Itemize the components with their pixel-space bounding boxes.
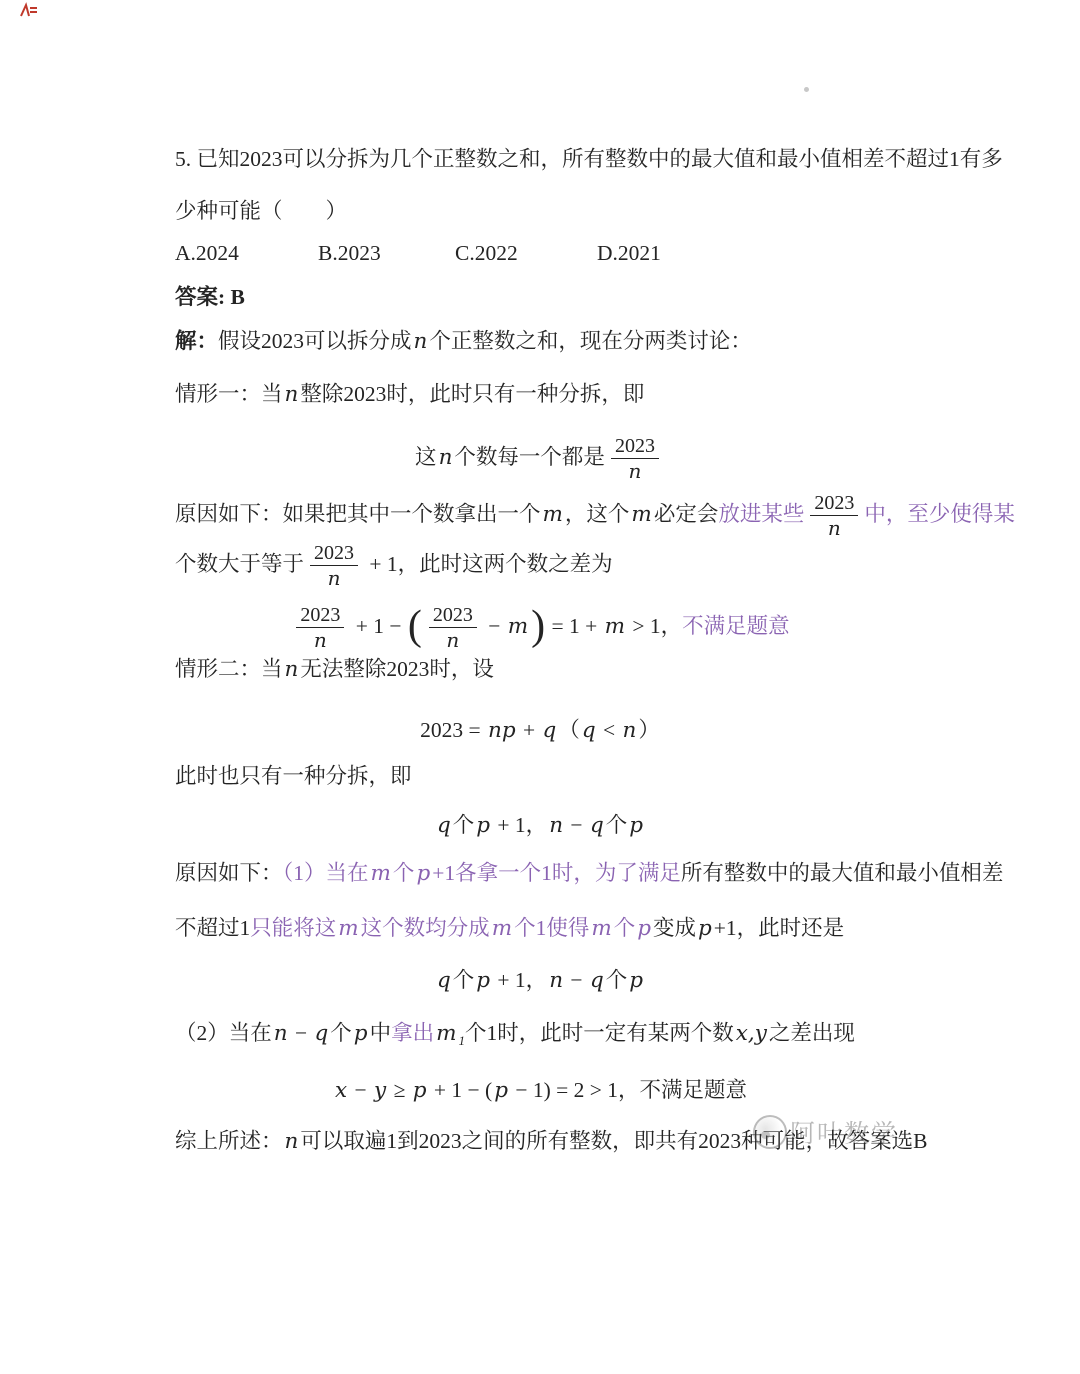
text-segment: − bbox=[349, 1078, 372, 1102]
math-variable: p bbox=[635, 916, 653, 941]
text-segment: （ bbox=[558, 718, 580, 742]
text-segment: 个 bbox=[614, 916, 636, 940]
math-variable: p bbox=[696, 916, 714, 941]
math-variable: q bbox=[313, 1021, 331, 1046]
text-line: 此时也只有一种分拆，即 bbox=[175, 759, 905, 793]
text-segment: 假设2023可以拆分成 bbox=[218, 329, 412, 353]
text-segment: 无法整除2023时，设 bbox=[300, 657, 494, 681]
corner-stamp-icon bbox=[18, 2, 40, 20]
text-segment: 此时也只有一种分拆，即 bbox=[175, 764, 412, 788]
fraction: 2023n bbox=[611, 435, 659, 483]
math-variable: p bbox=[414, 861, 432, 886]
text-segment: − 1) = 2 > 1，不满足题意 bbox=[510, 1078, 747, 1102]
fraction-denominator: n bbox=[628, 459, 641, 482]
fraction-numerator: 2023 bbox=[429, 604, 477, 628]
math-variable: y bbox=[372, 1078, 388, 1103]
text-segment: 个 bbox=[393, 861, 415, 885]
text-segment: 这 bbox=[415, 445, 437, 469]
text-segment: + 1 − ( bbox=[429, 1078, 493, 1102]
text-line: 综上所述：n可以取遍1到2023之间的所有整数，即共有2023种可能，故答案选B bbox=[175, 1124, 905, 1159]
text-segment: 答案: B bbox=[175, 285, 245, 309]
math-variable: m bbox=[589, 916, 613, 941]
math-variable: n bbox=[272, 1021, 290, 1046]
text-segment: + 1， bbox=[492, 813, 547, 837]
text-line: 不超过1只能将这m这个数均分成m个1使得m个p变成p+1，此时还是 bbox=[175, 911, 905, 946]
formula-line: x − y ≥ p + 1 − (p − 1) = 2 > 1，不满足题意 bbox=[175, 1073, 905, 1108]
math-variable: m bbox=[369, 861, 393, 886]
text-segment: > 1， bbox=[627, 614, 682, 638]
options-row: A.2024B.2023C.2022D.2021 bbox=[175, 236, 905, 270]
text-segment: 个1使得 bbox=[514, 916, 589, 940]
math-variable: x,y bbox=[734, 1021, 769, 1046]
text-segment: 2023 = bbox=[420, 718, 486, 742]
formula-line: q个p + 1，n − q个p bbox=[175, 808, 905, 843]
math-variable: n bbox=[437, 445, 455, 470]
fraction: 2023n bbox=[296, 604, 344, 652]
math-variable: q bbox=[435, 813, 453, 838]
text-segment: 5. 已知2023可以分拆为几个正整数之和，所有整数中的最大值和最小值相差不超过… bbox=[175, 147, 1003, 171]
text-segment: 不超过1 bbox=[175, 916, 250, 940]
text-segment: 少种可能（ ） bbox=[175, 199, 347, 223]
math-variable: m bbox=[541, 502, 565, 527]
math-variable: p bbox=[474, 968, 492, 993]
text-segment: 个1时，此时一定有某两个数 bbox=[465, 1021, 734, 1045]
text-segment: 这个数均分成 bbox=[361, 916, 490, 940]
math-variable: n bbox=[283, 1129, 301, 1154]
text-line: 解：假设2023可以拆分成n个正整数之和，现在分两类讨论： bbox=[175, 324, 905, 359]
fraction-denominator: n bbox=[828, 516, 841, 539]
text-segment: − bbox=[483, 614, 506, 638]
text-segment: 整除2023时，此时只有一种分拆，即 bbox=[300, 382, 644, 406]
option-d: D.2021 bbox=[597, 236, 661, 270]
text-line: 情形二：当n无法整除2023时，设 bbox=[175, 652, 905, 687]
option-c: C.2022 bbox=[455, 236, 518, 270]
math-variable: p bbox=[627, 813, 645, 838]
text-segment: （2）当在 bbox=[175, 1021, 272, 1045]
fraction-numerator: 2023 bbox=[296, 604, 344, 628]
math-variable: p bbox=[352, 1021, 370, 1046]
text-segment: +1各拿一个1时，为了满足 bbox=[432, 861, 681, 885]
text-segment: − bbox=[565, 968, 588, 992]
math-variable: m bbox=[490, 916, 514, 941]
text-line: 5. 已知2023可以分拆为几个正整数之和，所有整数中的最大值和最小值相差不超过… bbox=[175, 142, 905, 176]
text-segment: + 1 − bbox=[350, 614, 407, 638]
text-segment: 只能将这 bbox=[250, 916, 336, 940]
text-segment: 个 bbox=[606, 813, 628, 837]
text-segment: + 1，此时这两个数之差为 bbox=[364, 552, 613, 576]
text-segment: （1）当在 bbox=[283, 861, 369, 885]
document-page: 5. 已知2023可以分拆为几个正整数之和，所有整数中的最大值和最小值相差不超过… bbox=[0, 0, 1080, 1374]
text-segment: 综上所述： bbox=[175, 1129, 283, 1153]
math-variable: n bbox=[547, 968, 565, 993]
math-variable: q bbox=[588, 968, 606, 993]
fraction: 2023n bbox=[429, 604, 477, 652]
math-variable: m bbox=[603, 614, 627, 639]
text-segment: 放进某些 bbox=[718, 502, 804, 526]
text-segment: + 1， bbox=[492, 968, 547, 992]
math-variable: q bbox=[541, 718, 559, 743]
math-variable: n bbox=[283, 382, 301, 407]
option-b: B.2023 bbox=[318, 236, 381, 270]
text-segment: 原因如下： bbox=[175, 861, 283, 885]
text-line: （2）当在n − q个p中拿出m1个1时，此时一定有某两个数x,y之差出现 bbox=[175, 1016, 905, 1058]
text-segment: ( bbox=[408, 603, 422, 649]
fraction-denominator: n bbox=[446, 628, 459, 651]
text-segment: − bbox=[290, 1021, 313, 1045]
fraction-numerator: 2023 bbox=[810, 492, 858, 516]
text-segment: 个 bbox=[330, 1021, 352, 1045]
text-segment: 变成 bbox=[653, 916, 696, 940]
text-segment: = 1 + bbox=[546, 614, 603, 638]
text-segment: + bbox=[518, 718, 541, 742]
formula-line: 2023 = np + q（q < n） bbox=[175, 713, 905, 748]
math-variable: np bbox=[486, 718, 518, 743]
formula-line: 这n个数每一个都是2023n bbox=[175, 435, 905, 483]
math-variable: m bbox=[434, 1021, 458, 1046]
fraction-denominator: n bbox=[328, 566, 341, 589]
text-segment: ，这个 bbox=[565, 502, 630, 526]
text-segment: 拿出 bbox=[391, 1021, 434, 1045]
math-variable: p bbox=[474, 813, 492, 838]
math-variable: x bbox=[333, 1078, 349, 1103]
text-segment: ) bbox=[531, 603, 545, 649]
text-segment: − bbox=[565, 813, 588, 837]
text-segment: 个数大于等于 bbox=[175, 552, 304, 576]
document-content: 5. 已知2023可以分拆为几个正整数之和，所有整数中的最大值和最小值相差不超过… bbox=[175, 0, 905, 1374]
math-variable: m bbox=[336, 916, 360, 941]
math-variable: n bbox=[620, 718, 638, 743]
fraction: 2023n bbox=[810, 492, 858, 540]
text-segment: 所有整数中的最大值和最小值相差 bbox=[681, 861, 1004, 885]
math-variable: n bbox=[547, 813, 565, 838]
text-segment: < bbox=[598, 718, 621, 742]
math-variable: q bbox=[588, 813, 606, 838]
math-variable: p bbox=[492, 1078, 510, 1103]
text-segment: 个 bbox=[606, 968, 628, 992]
text-segment: 中 bbox=[370, 1021, 392, 1045]
math-variable: m bbox=[629, 502, 653, 527]
text-segment: 解： bbox=[175, 329, 218, 353]
text-segment: 个 bbox=[453, 813, 475, 837]
text-segment: 个正整数之和，现在分两类讨论： bbox=[429, 329, 752, 353]
text-line: 原因如下：如果把其中一个数拿出一个m，这个m必定会放进某些2023n中，至少使得… bbox=[175, 492, 905, 540]
text-line: 原因如下：（1）当在m个p+1各拿一个1时，为了满足所有整数中的最大值和最小值相… bbox=[175, 856, 905, 891]
formula-line: q个p + 1，n − q个p bbox=[175, 963, 905, 998]
text-segment: 个 bbox=[453, 968, 475, 992]
text-segment: 情形二：当 bbox=[175, 657, 283, 681]
math-variable: q bbox=[580, 718, 598, 743]
math-variable: q bbox=[435, 968, 453, 993]
formula-line: 2023n + 1 − (2023n − m) = 1 + m > 1，不满足题… bbox=[175, 604, 905, 652]
text-line: 答案: B bbox=[175, 280, 905, 314]
math-variable: n bbox=[412, 329, 430, 354]
fraction-numerator: 2023 bbox=[611, 435, 659, 459]
math-variable: n bbox=[283, 657, 301, 682]
math-variable: m bbox=[506, 614, 530, 639]
text-line: 个数大于等于2023n + 1，此时这两个数之差为 bbox=[175, 542, 905, 590]
fraction: 2023n bbox=[310, 542, 358, 590]
text-segment: 不满足题意 bbox=[682, 614, 790, 638]
text-segment: 个数每一个都是 bbox=[454, 445, 605, 469]
text-segment: 必定会 bbox=[654, 502, 719, 526]
math-variable: p bbox=[411, 1078, 429, 1103]
fraction-numerator: 2023 bbox=[310, 542, 358, 566]
text-line: 情形一：当n整除2023时，此时只有一种分拆，即 bbox=[175, 377, 905, 412]
text-segment: ≥ bbox=[388, 1078, 411, 1102]
option-a: A.2024 bbox=[175, 236, 239, 270]
text-segment: +1，此时还是 bbox=[714, 916, 844, 940]
text-segment: 原因如下：如果把其中一个数拿出一个 bbox=[175, 502, 541, 526]
text-line: 少种可能（ ） bbox=[175, 194, 905, 228]
math-variable: p bbox=[627, 968, 645, 993]
text-segment: 中，至少使得某 bbox=[864, 502, 1015, 526]
fraction-denominator: n bbox=[314, 628, 327, 651]
text-segment: 可以取遍1到2023之间的所有整数，即共有2023种可能，故答案选B bbox=[300, 1129, 927, 1153]
text-segment: 之差出现 bbox=[769, 1021, 855, 1045]
text-segment: 情形一：当 bbox=[175, 382, 283, 406]
text-segment: ） bbox=[638, 718, 660, 742]
